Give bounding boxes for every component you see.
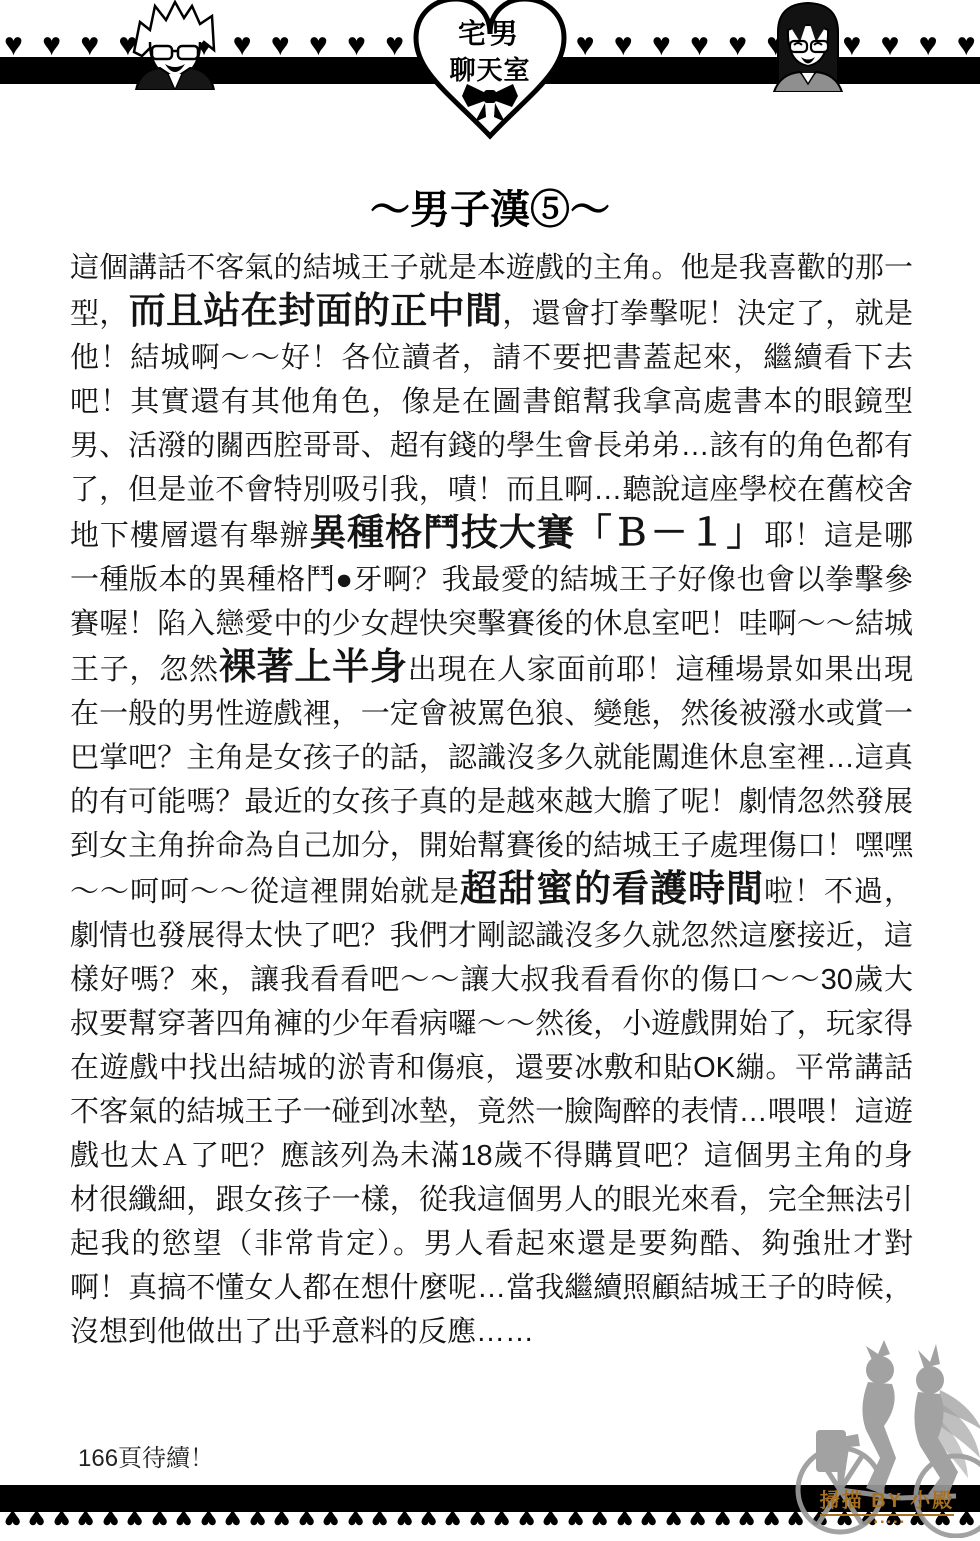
- heart-icon: ♥: [690, 28, 709, 60]
- emphasis-text-run: 而且站在封面的正中間: [129, 291, 503, 332]
- boy-glasses-icon: [152, 46, 172, 59]
- text-run: 啦！不過，劇情也發展得太快了吧？我們才剛認識沒多久就忽然這麼接近，這樣好嗎？來，…: [70, 876, 913, 1348]
- heart-icon: ♥: [652, 28, 671, 60]
- ribbon-bow-icon: [458, 82, 522, 124]
- emphasis-text-run: 異種格鬥技大賽「Ｂ－１」: [309, 513, 764, 554]
- heart-icon: ♥: [4, 28, 23, 60]
- watermark-line1: 掃描 BY 小殿: [820, 1484, 955, 1516]
- chatroom-heart-badge: 宅男 聊天室: [402, 0, 578, 144]
- heart-icon: ♥: [42, 28, 61, 60]
- continue-note: 166頁待續！: [78, 1438, 214, 1473]
- heart-icon: ♥: [576, 28, 595, 60]
- page-title: ～男子漢⑤～: [0, 178, 980, 235]
- heart-icon: ♥: [881, 28, 900, 60]
- emphasis-text-run: 裸著上半身: [219, 647, 408, 688]
- heart-icon: ♥: [271, 28, 290, 60]
- heart-icon: ♥: [233, 28, 252, 60]
- heart-icon: ♥: [919, 28, 938, 60]
- manga-column-page: { "banner": { "badge": { "line1": "宅男", …: [0, 0, 980, 1541]
- badge-title-line1: 宅男: [402, 12, 578, 52]
- scanner-watermark: 掃描 BY 小殿 ▪▪▪▪▪▪: [812, 1484, 962, 1528]
- heart-icon: ♥: [728, 28, 747, 60]
- heart-icon: ♥: [347, 28, 366, 60]
- heart-icon: ♥: [614, 28, 633, 60]
- heart-icon: ♥: [309, 28, 328, 60]
- boy-character-illustration: [128, 0, 222, 90]
- heart-icon: ♥: [957, 28, 976, 60]
- column-text: 這個講話不客氣的結城王子就是本遊戲的主角。他是我喜歡的那一型，而且站在封面的正中…: [70, 246, 913, 1354]
- emphasis-text-run: 超甜蜜的看護時間: [460, 869, 764, 910]
- girl-character-illustration: [766, 0, 850, 92]
- top-banner: ♥♥♥♥♥♥♥♥♥♥♥♥♥♥♥♥♥♥♥♥♥♥♥♥♥♥ 宅男 聊天室: [0, 0, 980, 132]
- watermark-line2: ▪▪▪▪▪▪: [812, 1517, 962, 1528]
- heart-icon: ♥: [80, 28, 99, 60]
